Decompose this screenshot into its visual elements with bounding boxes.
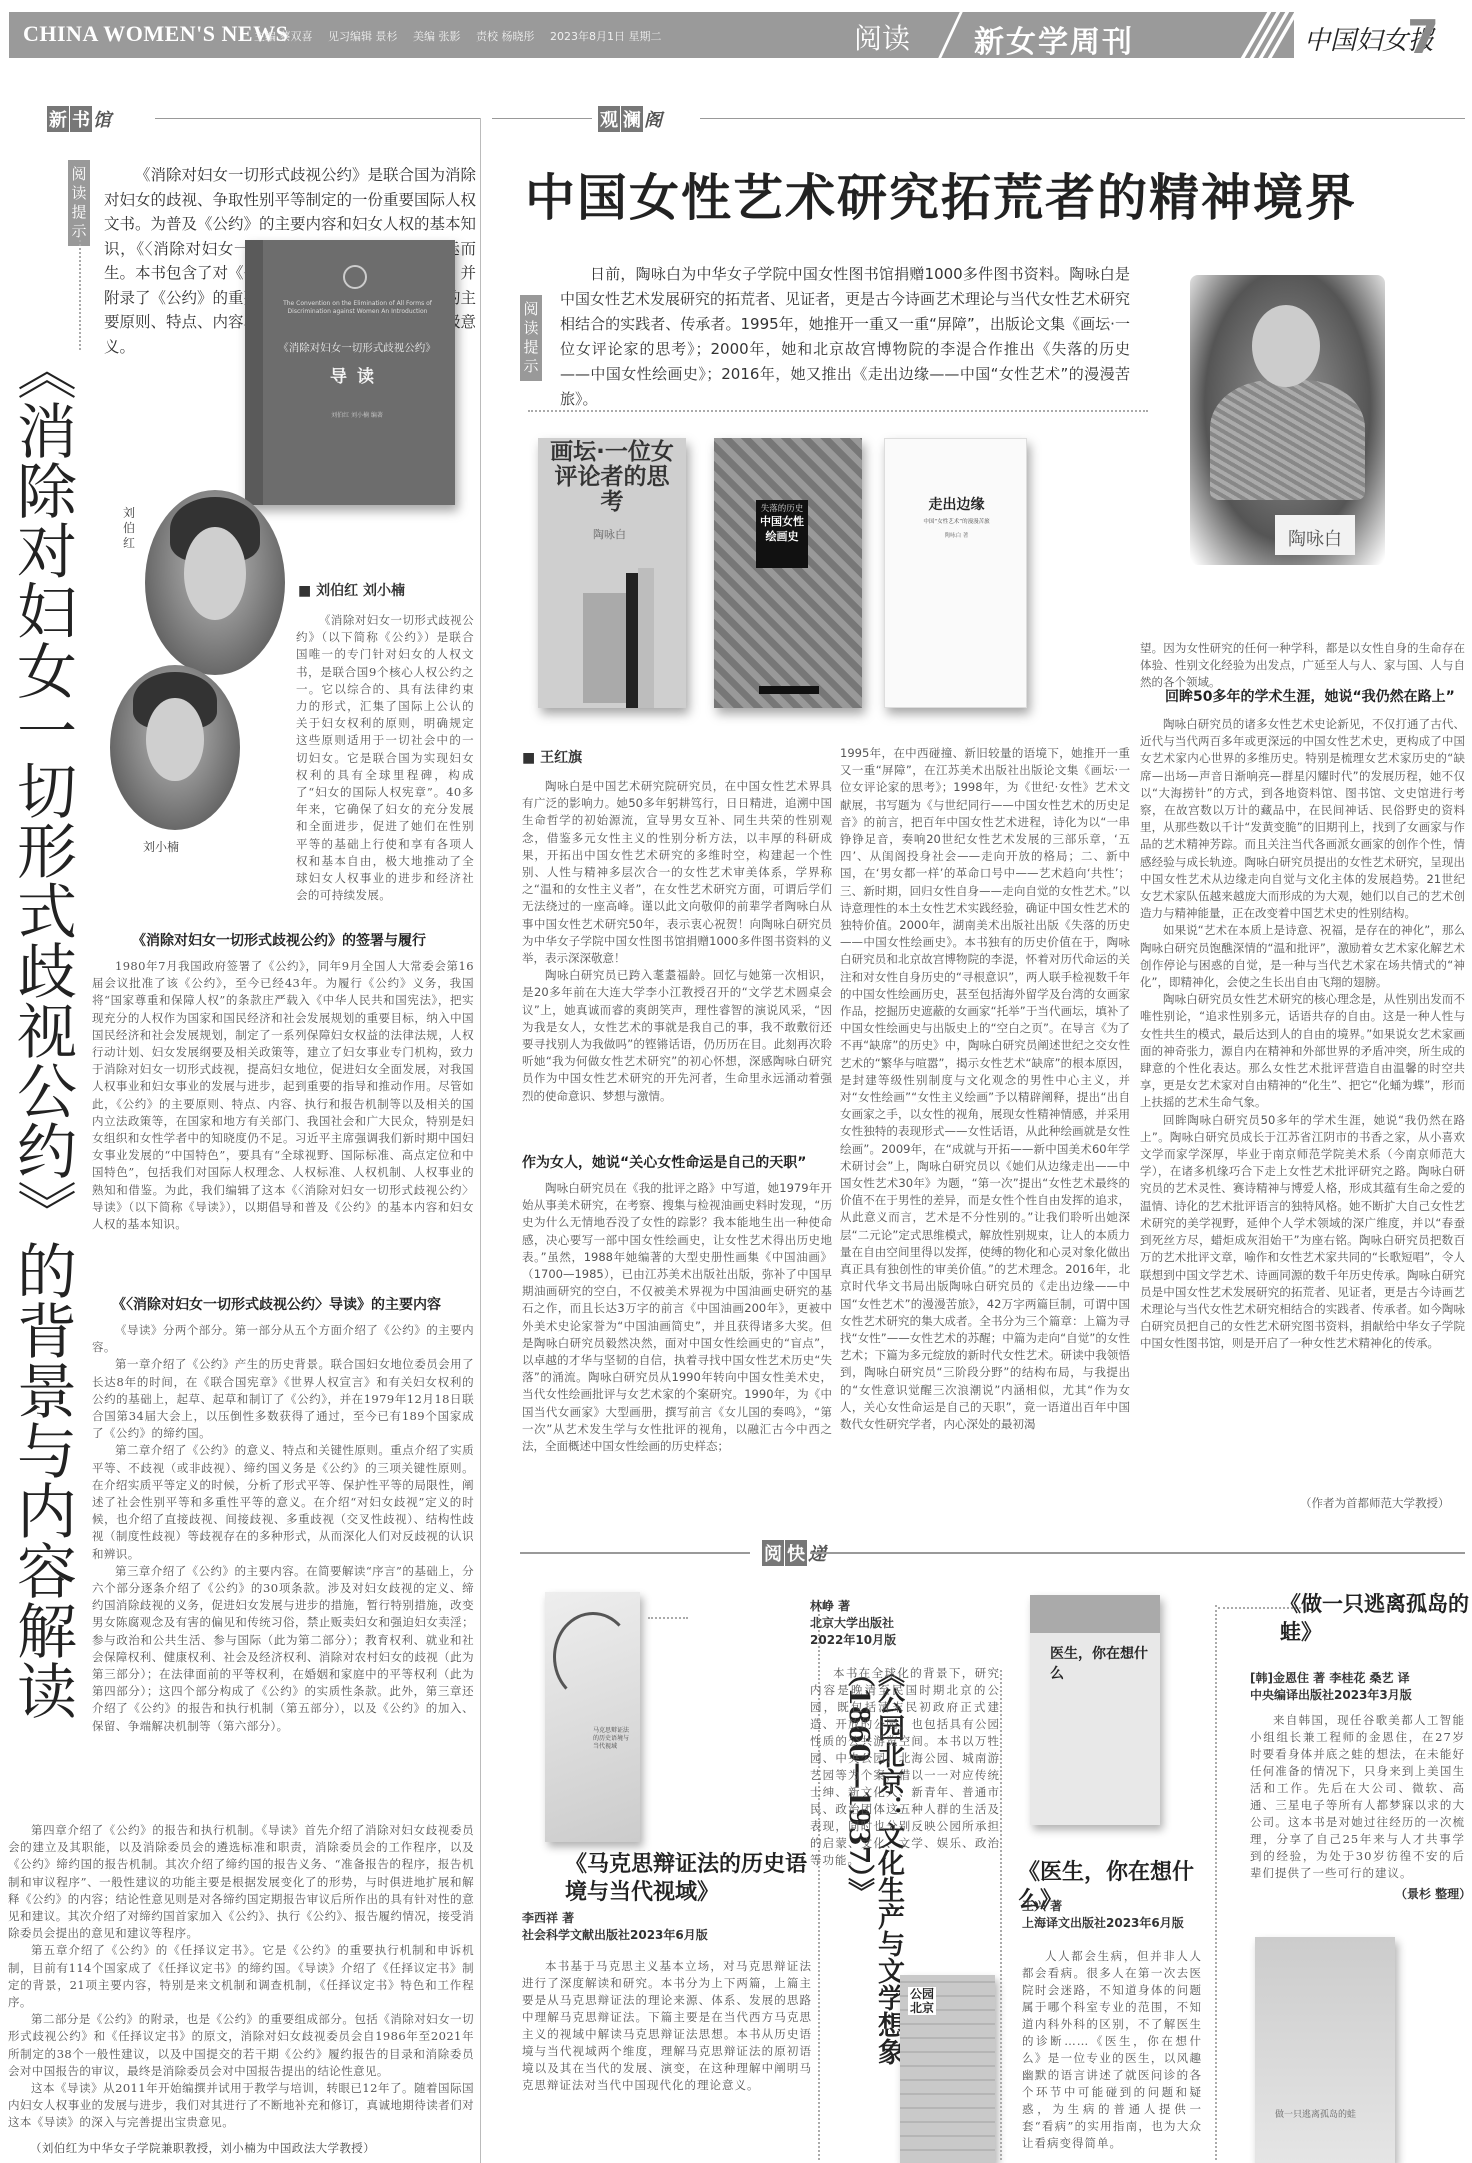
byline: 刘伯红 刘小楠 bbox=[298, 580, 405, 600]
book-title-frog: 《做一只逃离孤岛的蛙》 bbox=[1280, 1590, 1470, 1646]
portrait-liu-bohong bbox=[145, 490, 285, 675]
book-title-marx: 《马克思辩证法的历史语境与当代视域》 bbox=[525, 1850, 815, 1906]
book-summary-marx: 本书基于马克思主义基本立场，对马克思辩证法进行了深度解读和研究。本书分为上下两篇… bbox=[522, 1958, 812, 2158]
feature-col1-text: 陶咏白是中国艺术研究院研究员，在中国女性艺术界具有广泛的影响力。她50多年躬耕笃… bbox=[522, 778, 832, 1150]
book-cover-lost-history: 失落的历史中国女性绘画史 bbox=[714, 438, 862, 708]
subhead-vocation: 作为女人，她说“关心女性命运是自己的天职” bbox=[522, 1152, 806, 1172]
section-signing-text: 1980年7月我国政府签署了《公约》，同年9月全国人大常委会第16届会议批准了该… bbox=[92, 958, 474, 1233]
book-meta-park-beijing: 林峥 著 北京大学出版社 2022年10月版 bbox=[810, 1598, 960, 1649]
feature-author-note: （作者为首都师范大学教授） bbox=[1300, 1495, 1465, 1512]
issue-date: 2023年8月1日 星期二 bbox=[550, 30, 662, 43]
subhead-signing: 《消除对妇女一切形式歧视公约》的签署与履行 bbox=[132, 930, 426, 950]
staff-editor: 主编 蔡双喜 bbox=[254, 30, 313, 43]
book-summary-frog: 来自韩国，现任谷歌美都人工智能小组组长兼工程师的金恩住，在27岁时要看身体并底之… bbox=[1250, 1712, 1465, 1884]
column-divider bbox=[480, 118, 481, 2163]
editor-note: （景杉 整理） bbox=[1395, 1886, 1471, 1903]
book-cover-convention-guide: The Convention on the Elimination of All… bbox=[245, 240, 455, 505]
book-cover-park-beijing: 公园北京 bbox=[900, 1975, 995, 2163]
section-content-text: 《导读》分两个部分。第一部分从五个方面介绍了《公约》的主要内容。 第一章介绍了《… bbox=[92, 1322, 474, 1822]
reading-hint-label: 阅读提示 bbox=[68, 160, 90, 246]
book-cover-huatan: 画坛·一位女评论者的思考 陶咏白 bbox=[538, 438, 686, 708]
divider bbox=[155, 118, 480, 119]
book-summary-doctor: 人人都会生病，但并非人人都会看病。很多人在第一次去医院时会迷路，不知道身体的问题… bbox=[1022, 1948, 1202, 2163]
author-note: （刘伯红为中华女子学院兼职教授，刘小楠为中国政法大学教授） bbox=[30, 2140, 470, 2157]
feature-lead: 日前，陶咏白为中华女子学院中国女性图书馆捐赠1000多件图书资料。陶咏白是中国女… bbox=[560, 262, 1130, 412]
nameplate: 陶咏白 bbox=[1275, 515, 1355, 555]
portrait-caption-liu-bohong: 刘伯红 bbox=[123, 506, 137, 551]
subhead-main-content: 《〈消除对妇女一切形式歧视公约〉导读》的主要内容 bbox=[112, 1294, 441, 1314]
feature-byline: 王红旗 bbox=[522, 747, 582, 767]
book-cover-frog: 做一只逃离孤岛的蛙 bbox=[1255, 1937, 1395, 2163]
portrait-liu-xiaonan bbox=[110, 665, 240, 830]
masthead: CHINA WOMEN'S NEWS 主编 蔡双喜 见习编辑 景杉 美编 张影 … bbox=[9, 12, 1464, 58]
divider-slash bbox=[938, 12, 962, 58]
staff-art-editor: 美编 张影 bbox=[413, 30, 461, 43]
section-name: 阅读 bbox=[854, 17, 910, 57]
staff-list: 主编 蔡双喜 见习编辑 景杉 美编 张影 责校 杨晓彤 2023年8月1日 星期… bbox=[254, 28, 674, 44]
photo-tao-yongbai: 陶咏白 bbox=[1190, 275, 1385, 565]
book-meta-doctor: 王兴 著 上海译文出版社2023年6月版 bbox=[1022, 1898, 1184, 1932]
column-tag-new-books: 新书馆 bbox=[47, 106, 111, 132]
subhead-still-on-road: 回眸50多年的学术生涯，她说“我仍然在路上” bbox=[1165, 686, 1455, 706]
feature-col3-text: 陶咏白研究员的诸多女性艺术史论新见，不仅打通了古代、近代与当代两百多年或更深远的… bbox=[1140, 716, 1465, 1491]
un-emblem-icon bbox=[343, 265, 367, 289]
staff-proofreader: 责校 杨晓彤 bbox=[476, 30, 535, 43]
feature-col3a-text: 望。因为女性研究的任何一种学科，都是以女性自身的生命存在体验、性别文化经验为出发… bbox=[1140, 640, 1465, 692]
book-cover-marx-dialectics: 马克思辩证法的历史语境与当代视域 bbox=[545, 1592, 640, 1842]
book-summary-park-beijing: 本书在全球化的背景下，研究内容是晚清至民国时期北京的公园，既包括清末民初政府正式… bbox=[810, 1665, 1000, 1965]
vertical-article-title: 《消除对妇女一切形式歧视公约》的背景与内容解读 bbox=[8, 340, 74, 1720]
weekly-name: 新女学周刊 bbox=[974, 17, 1134, 61]
book-cover-out-of-margin: 走出边缘 中国“女性艺术”的漫漫苦旅 陶咏白 著 bbox=[884, 438, 1027, 708]
column-tag-guanlan: 观澜阁 bbox=[598, 106, 662, 132]
book-meta-frog: [韩]金恩住 著 李桂花 桑艺 译 中央编译出版社2023年3月版 bbox=[1250, 1670, 1470, 1704]
reading-hint-label-feature: 阅读提示 bbox=[520, 295, 542, 381]
staff-trainee-editor: 见习编辑 景杉 bbox=[328, 30, 398, 43]
feature-col1b-text: 陶咏白研究员在《我的批评之路》中写道，她1979年开始从事美术研究，在考察、搜集… bbox=[522, 1180, 832, 1518]
feature-headline: 中国女性艺术研究拓荒者的精神境界 bbox=[525, 158, 1357, 230]
intro-text: 《消除对妇女一切形式歧视公约》（以下简称《公约》）是联合国唯一的专门针对妇女的人… bbox=[296, 612, 474, 904]
book-cover-doctor: 医生，你在想什么 bbox=[1030, 1595, 1160, 1825]
paper-english-name: CHINA WOMEN'S NEWS bbox=[23, 21, 288, 47]
section-content-text-cont: 第四章介绍了《公约》的报告和执行机制。《导读》首先介绍了消除对妇女歧视委员会的建… bbox=[8, 1822, 474, 2080]
book-meta-marx: 李西祥 著 社会科学文献出版社2023年6月版 bbox=[522, 1910, 708, 1944]
portrait-caption-liu-xiaonan: 刘小楠 bbox=[143, 840, 179, 855]
feature-col2-text: 1995年，在中西碰撞、新旧较量的语境下，她推开一重又一重“屏障”，在江苏美术出… bbox=[840, 745, 1130, 1518]
page-number: 7 bbox=[1407, 10, 1439, 64]
